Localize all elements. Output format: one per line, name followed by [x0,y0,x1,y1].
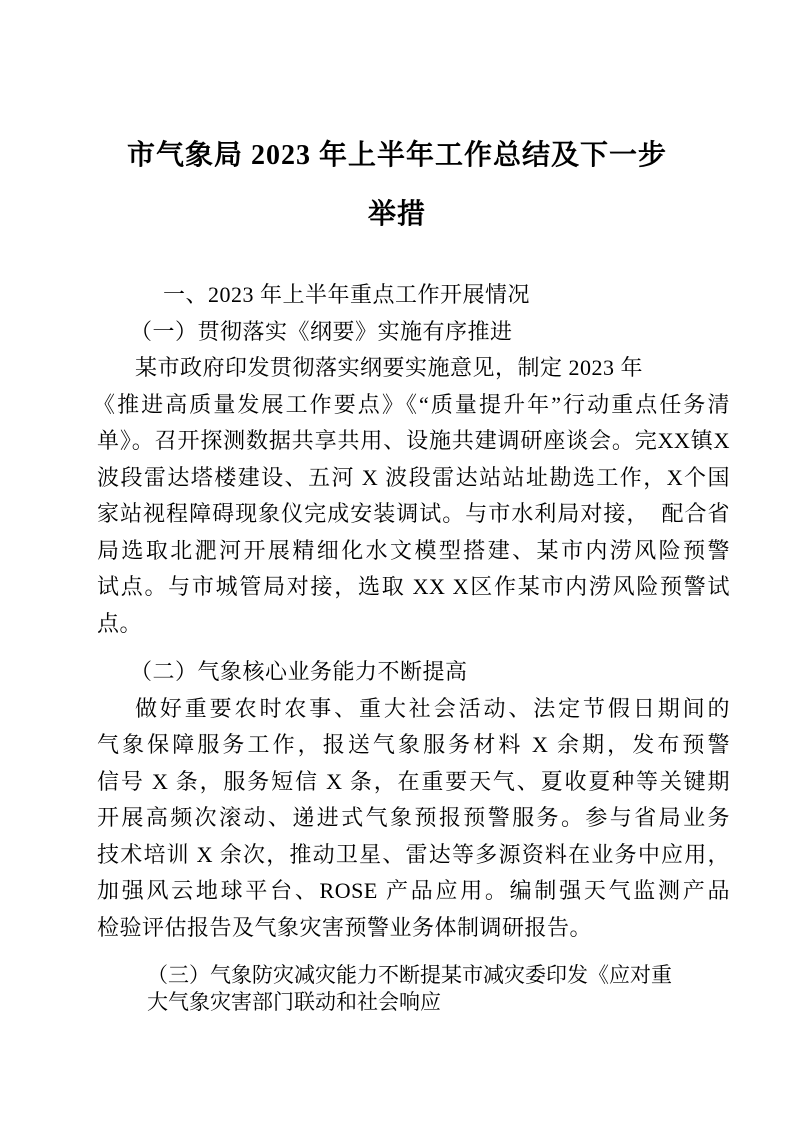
text-line: 信号 X 条，服务短信 X 条，在重要天气、夏收夏种等关键期 [97,764,730,801]
text-line: 加强风云地球平台、ROSE 产品应用。编制强天气监测产品 [97,873,730,910]
text-line: 气象保障服务工作，报送气象服务材料 X 余期，发布预警 [97,727,730,764]
text-line: 单》。召开探测数据共享共用、设施共建调研座谈会。完XX镇X [97,423,730,460]
text-line: （三）气象防灾减灾能力不断提某市减灾委印发《应对重 [147,962,730,989]
text-line: （一）贯彻落实《纲要》实施有序推进 [130,314,730,351]
text-line: 点。 [97,606,730,643]
document-title: 市气象局 2023 年上半年工作总结及下一步 举措 [0,126,794,244]
text-line: 开展高频次滚动、递进式气象预报预警服务。参与省局业务 [97,800,730,837]
text-line: 某市政府印发贯彻落实纲要实施意见，制定 2023 年 [135,350,730,387]
text-line: 做好重要农时农事、重大社会活动、法定节假日期间的 [135,691,730,728]
text-line: 试点。与市城管局对接，选取 XX X区作某市内涝风险预警试 [97,569,730,606]
document-page: 市气象局 2023 年上半年工作总结及下一步 举措 一、2023 年上半年重点工… [0,0,794,1122]
document-title-line-2: 举措 [0,185,794,244]
text-line: 检验评估报告及气象灾害预警业务体制调研报告。 [97,910,730,947]
text-line: 家站视程障碍现象仪完成安装调试。与市水利局对接， 配合省 [97,496,730,533]
text-line: 一、2023 年上半年重点工作开展情况 [163,277,730,314]
text-line: 局选取北淝河开展精细化水文模型搭建、某市内涝风险预警 [97,533,730,570]
text-line: 大气象灾害部门联动和社会响应 [147,989,730,1016]
document-body: 一、2023 年上半年重点工作开展情况（一）贯彻落实《纲要》实施有序推进某市政府… [97,277,730,1016]
text-line: 波段雷达塔楼建设、五河 X 波段雷达站站址勘选工作，X个国 [97,460,730,497]
document-title-line-1: 市气象局 2023 年上半年工作总结及下一步 [0,126,794,185]
text-line: 《推进高质量发展工作要点》《“质量提升年”行动重点任务清 [93,387,730,424]
text-line: （二）气象核心业务能力不断提高 [130,654,730,691]
text-line: 技术培训 X 余次，推动卫星、雷达等多源资料在业务中应用， [97,837,730,874]
